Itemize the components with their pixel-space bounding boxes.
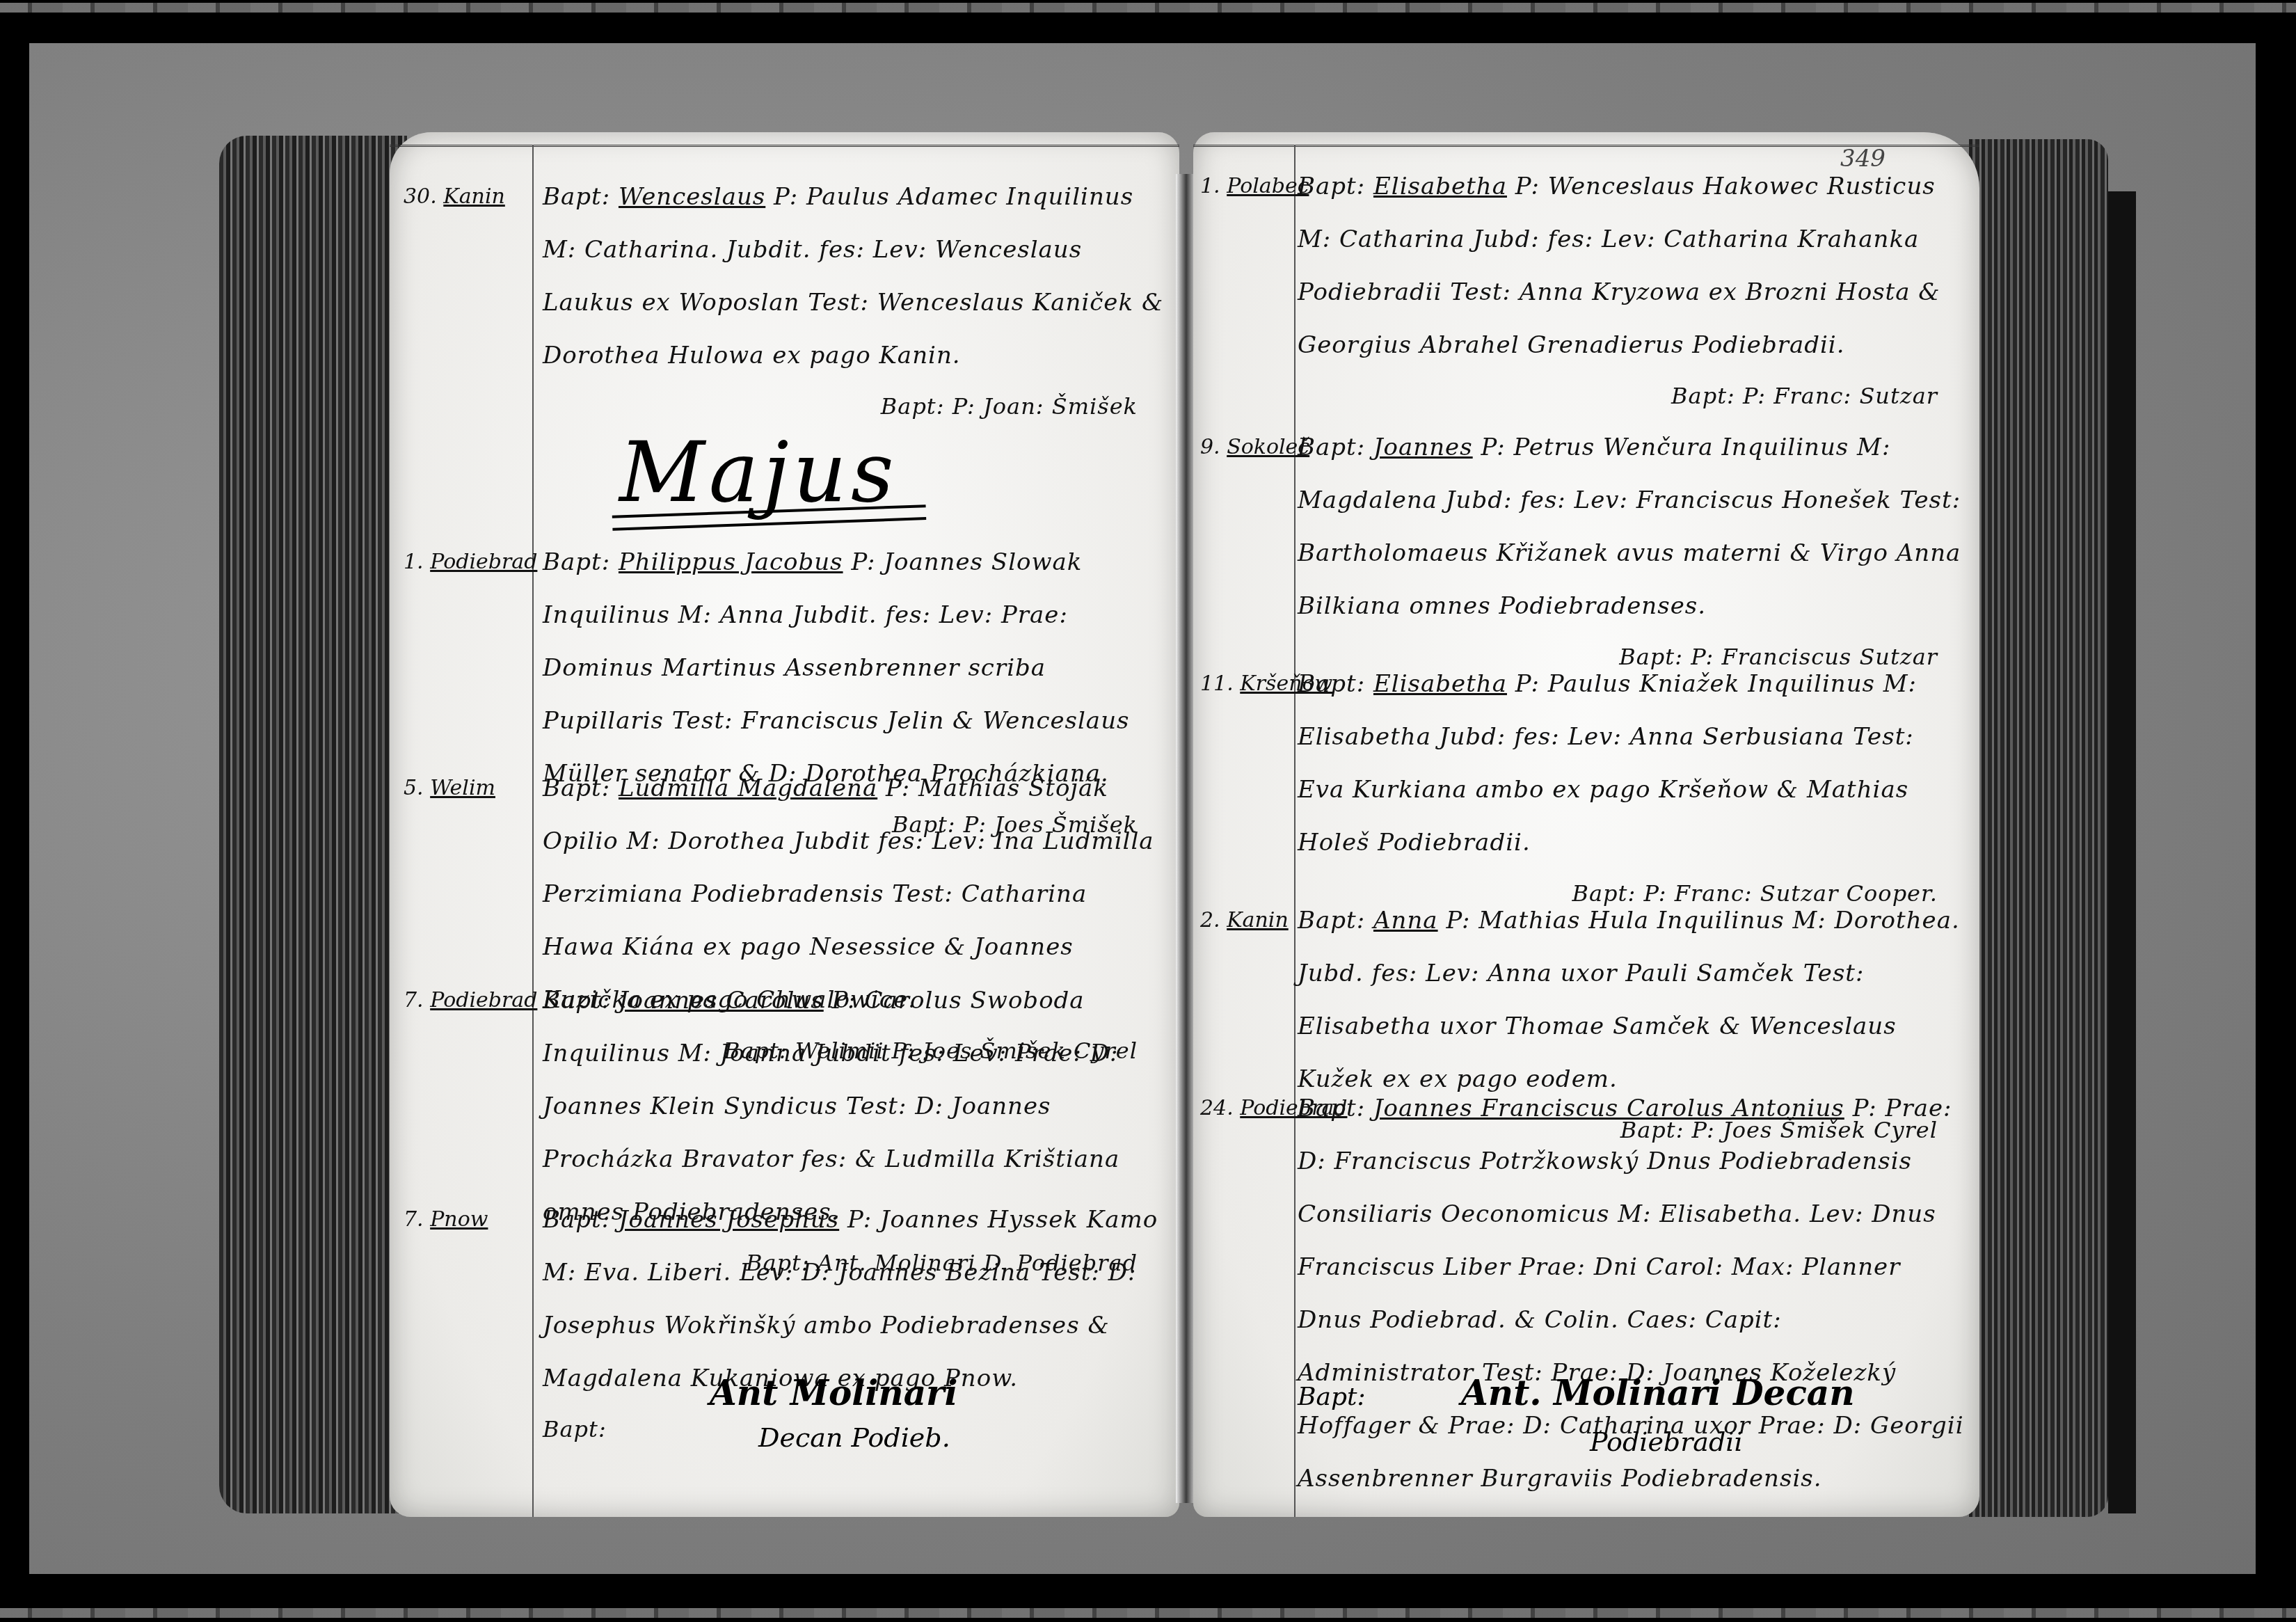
child-name: Joannes Carolus (619, 987, 824, 1015)
entry-text: P: Paulus Adamec Inquilinus M: Catharina… (543, 183, 1163, 369)
entry-place: Podiebrad (1240, 1096, 1347, 1120)
book-cover-right (2108, 191, 2136, 1513)
entry-bapt-label: Bapt: (543, 774, 610, 802)
entry-day: 30. (404, 184, 437, 209)
entry-text: P: Paulus Kniažek Inquilinus M: Elisabet… (1298, 670, 1917, 857)
entry-margin: 30. Kanin (404, 170, 505, 223)
child-name: Philippus Jacobus (619, 548, 843, 576)
book-page-edges-right (1969, 139, 2108, 1517)
entry-place: Kršeňow (1240, 671, 1332, 696)
entry-place: Sokoleč (1227, 435, 1309, 459)
film-edge-bottom (0, 1608, 2296, 1618)
child-name: Elisabetha (1373, 670, 1507, 698)
entry-day: 24. (1200, 1096, 1234, 1120)
entry-margin: 2. Kanin (1200, 894, 1289, 947)
child-name: Joannes Franciscus Carolus Antonius (1373, 1095, 1844, 1122)
entry-margin: 1. Podiebrad (404, 536, 537, 589)
entry-body: Bapt: Elisabetha P: Wenceslaus Hakowec R… (1298, 160, 1966, 420)
left-page: 30. Kanin Bapt: Wenceslaus P: Paulus Ada… (390, 132, 1179, 1517)
entry-day: 7. (404, 1207, 424, 1232)
entry-body: Bapt: Wenceslaus P: Paulus Adamec Inquil… (543, 170, 1165, 431)
child-name: Wenceslaus (619, 183, 765, 211)
register-entry: 11. Kršeňow Bapt: Elisabetha P: Paulus K… (1200, 658, 1966, 918)
entry-bapt-label: Bapt: (543, 548, 610, 576)
child-name: Joannes (1373, 434, 1473, 461)
entry-day: 1. (404, 550, 424, 574)
entry-day: 9. (1200, 435, 1220, 459)
signature-name: Ant. Molinari Decan (1378, 1372, 1855, 1413)
entry-day: 5. (404, 776, 424, 800)
entry-place: Kanin (1227, 908, 1289, 932)
signature-role: Podiebradii (1298, 1420, 1855, 1464)
baptizer: Bapt: P: Franc: Sutzar (1298, 372, 1966, 420)
signature-name: Ant Molinari (710, 1372, 957, 1413)
entry-margin: 7. Pnow (404, 1193, 488, 1246)
priest-signature: Ant Molinari Decan Podieb. (710, 1371, 957, 1460)
entry-bapt-label: Bapt: (543, 183, 610, 211)
entry-text: P: Wenceslaus Hakowec Rusticus M: Cathar… (1298, 173, 1940, 359)
register-entry: 9. Sokoleč Bapt: Joannes P: Petrus Wenču… (1200, 421, 1966, 681)
entry-bapt-label: Bapt: (543, 1206, 610, 1234)
entry-place: Podiebrad (430, 550, 537, 574)
film-edge-top (0, 3, 2296, 13)
child-name: Anna (1373, 907, 1438, 935)
entry-text: P: Joannes Hyssek Kamo M: Eva. Liberi. L… (543, 1206, 1158, 1392)
entry-margin: 5. Welim (404, 762, 495, 815)
book-page-edges-left (219, 136, 407, 1513)
entry-place: Podiebrad (430, 988, 537, 1012)
entry-margin: 11. Kršeňow (1200, 658, 1332, 710)
entry-bapt-label: Bapt: (543, 987, 610, 1015)
entry-place: Polabec (1227, 174, 1309, 198)
signature-prefix: Bapt: (1298, 1383, 1366, 1411)
child-name: Elisabetha (1373, 173, 1507, 200)
register-entry: 1. Polabec Bapt: Elisabetha P: Wenceslau… (1200, 160, 1966, 420)
entry-bapt-label: Bapt: (1298, 907, 1365, 935)
child-name: Joannes Josephus (619, 1206, 839, 1234)
right-page: 349 1. Polabec Bapt: Elisabetha P: Wence… (1193, 132, 1979, 1517)
entry-day: 11. (1200, 671, 1234, 696)
baptizer: Bapt: P: Joan: Šmišek (543, 382, 1165, 431)
entry-place: Kanin (443, 184, 505, 209)
entry-body: Bapt: Joannes P: Petrus Wenčura Inquilin… (1298, 421, 1966, 681)
entry-margin: 7. Podiebrad (404, 974, 537, 1027)
priest-signature: Bapt: Ant. Molinari Decan Podiebradii (1298, 1371, 1855, 1464)
entry-margin: 9. Sokoleč (1200, 421, 1309, 474)
entry-text: P: Joannes Slowak Inquilinus M: Anna Jub… (543, 548, 1130, 788)
entry-day: 1. (1200, 174, 1220, 198)
entry-day: 2. (1200, 908, 1220, 932)
register-entry: 30. Kanin Bapt: Wenceslaus P: Paulus Ada… (404, 170, 1165, 431)
child-name: Ludmilla Magdalena (619, 774, 877, 802)
entry-day: 7. (404, 988, 424, 1012)
entry-body: Bapt: Elisabetha P: Paulus Kniažek Inqui… (1298, 658, 1966, 918)
entry-margin: 1. Polabec (1200, 160, 1309, 213)
signature-role: Decan Podieb. (710, 1415, 957, 1460)
entry-place: Pnow (430, 1207, 488, 1232)
entry-text: P: Mathias Hula Inquilinus M: Dorothea. … (1298, 907, 1960, 1093)
entry-text: P: Carolus Swoboda Inquilinus M: Joanna … (543, 987, 1119, 1226)
month-heading: Majus (619, 424, 898, 521)
entry-margin: 24. Podiebrad (1200, 1082, 1347, 1135)
page-top-rule (390, 132, 1179, 147)
entry-place: Welim (430, 776, 495, 800)
entry-text: P: Petrus Wenčura Inquilinus M: Magdalen… (1298, 434, 1961, 620)
